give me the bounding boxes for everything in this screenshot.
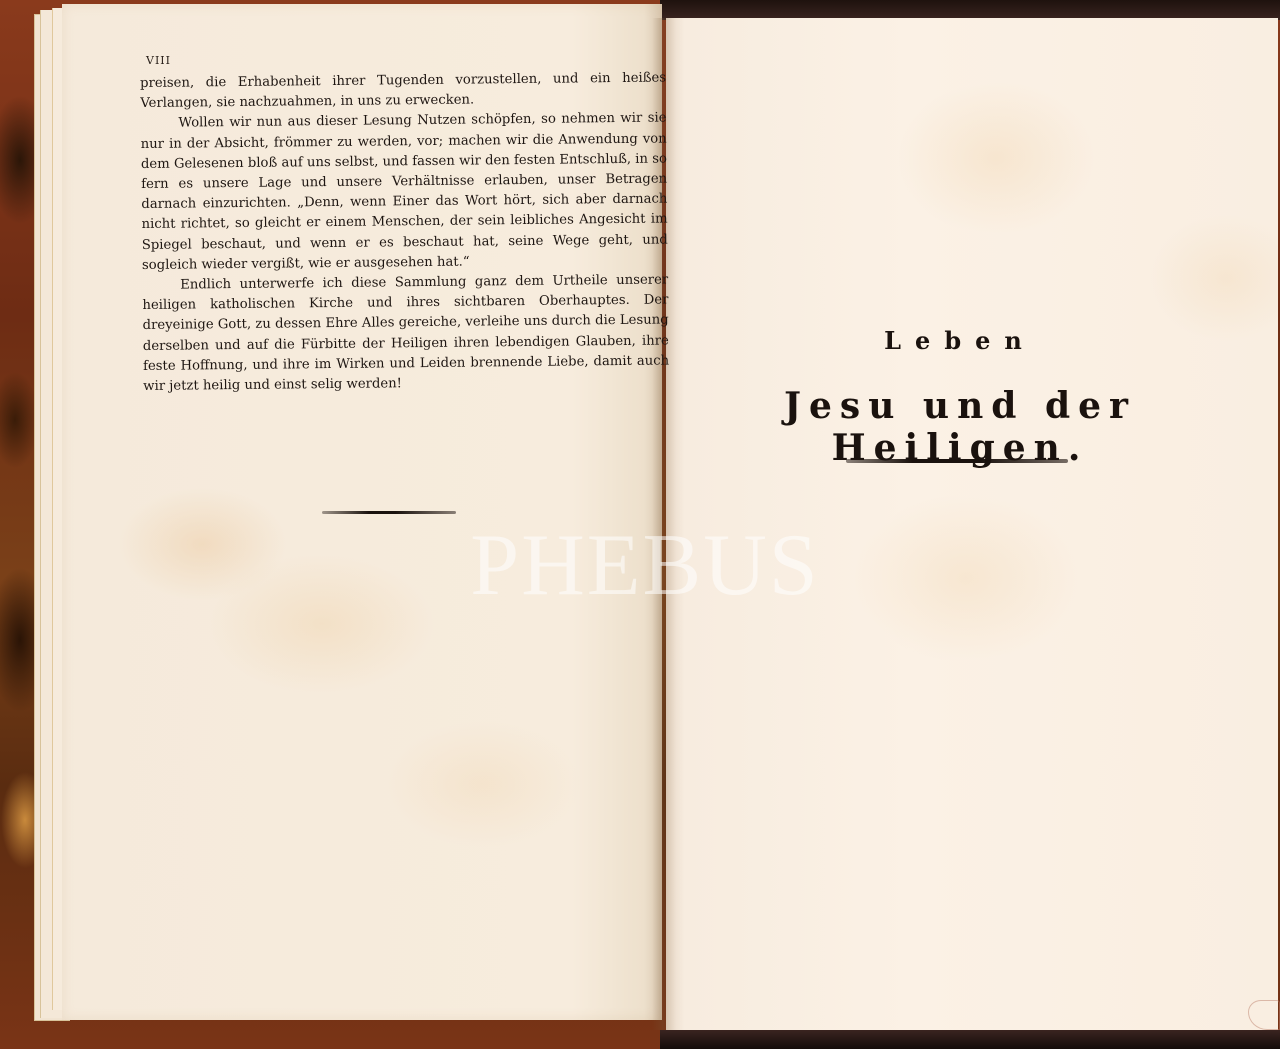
paragraph: preisen, die Erhabenheit ihrer Tugenden … bbox=[140, 68, 666, 114]
title-leben: Leben bbox=[700, 326, 1220, 355]
page-number: VIII bbox=[146, 54, 171, 67]
title-jesu-und-der-heiligen: Jesu und der Heiligen. bbox=[700, 385, 1220, 469]
cover-edge-top bbox=[660, 0, 1280, 20]
paragraph: Endlich unterwerfe ich diese Sammlung ga… bbox=[142, 271, 669, 398]
section-end-rule bbox=[322, 511, 456, 514]
watermark: PHEBUS bbox=[445, 515, 845, 616]
title-rule bbox=[846, 459, 1068, 463]
left-page-text: preisen, die Erhabenheit ihrer Tugenden … bbox=[140, 68, 669, 397]
paragraph: Wollen wir nun aus dieser Lesung Nutzen … bbox=[140, 109, 668, 276]
cover-edge-bottom bbox=[660, 1030, 1280, 1049]
